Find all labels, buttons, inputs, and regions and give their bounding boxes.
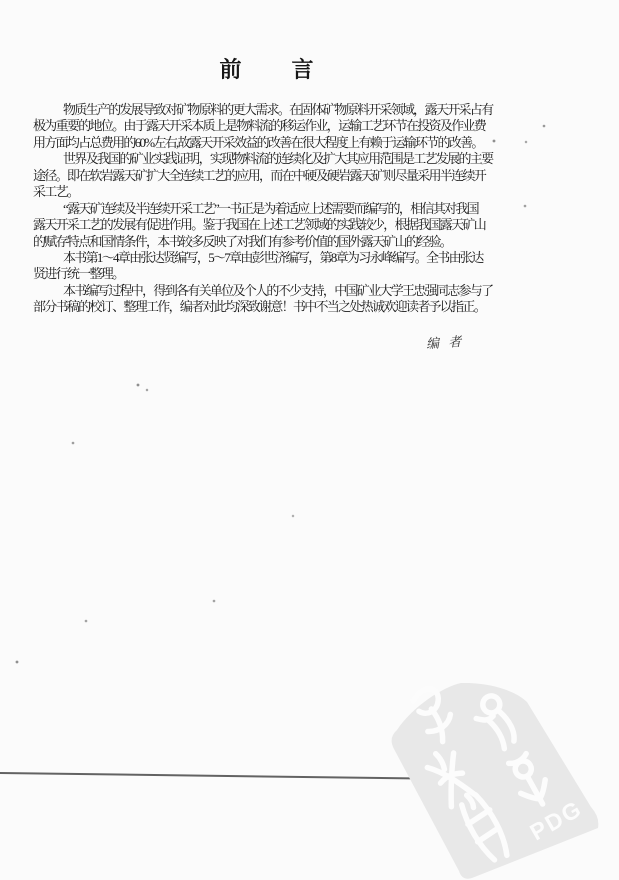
text-line: 物质生产的发展导致对矿物原料的更大需求。在固体矿物原料开采领域，露天开采占有	[33, 102, 489, 118]
author-signature: 编 者	[425, 331, 464, 353]
text-line: 露天开采工艺的发展有促进作用。鉴于我国在上述工艺领域的实践较少，根据我国露天矿山	[33, 217, 489, 233]
text-line: 的赋存特点和国情条件，本书较多反映了对我们有参考价值的国外露天矿山的经验。	[33, 234, 489, 250]
paragraph: 本书编写过程中，得到各有关单位及个人的不少支持，中国矿业大学王忠强同志参与了部分…	[33, 283, 489, 316]
text-line: 极为重要的地位。由于露天开采本质上是物料流的移运作业，运输工艺环节在投资及作业费	[33, 118, 489, 134]
scan-noise-specks	[0, 0, 2, 2]
text-line: 贤进行统一整理。	[33, 266, 489, 282]
preface-body: 物质生产的发展导致对矿物原料的更大需求。在固体矿物原料开采领域，露天开采占有极为…	[33, 102, 489, 316]
paragraph: 世界及我国的矿业实践证明，实现物料流的连续化及扩大其应用范围是工艺发展的主要途径…	[33, 151, 489, 200]
text-line: 世界及我国的矿业实践证明，实现物料流的连续化及扩大其应用范围是工艺发展的主要	[33, 151, 489, 167]
page-title: 前 言	[33, 53, 486, 84]
paragraph: 本书第1～4章由张达贤编写，5～7章由彭世济编写，第8章为习永峰编写。全书由张达…	[33, 250, 489, 283]
paragraph: “露天矿连续及半连续开采工艺”一书正是为着适应上述需要而编写的，相信其对我国露天…	[33, 201, 489, 250]
text-line: 本书编写过程中，得到各有关单位及个人的不少支持，中国矿业大学王忠强同志参与了	[33, 283, 489, 299]
text-line: “露天矿连续及半连续开采工艺”一书正是为着适应上述需要而编写的，相信其对我国	[33, 201, 489, 217]
scanned-page: 前 言 物质生产的发展导致对矿物原料的更大需求。在固体矿物原料开采领域，露天开采…	[0, 0, 619, 880]
text-line: 本书第1～4章由张达贤编写，5～7章由彭世济编写，第8章为习永峰编写。全书由张达	[33, 250, 489, 266]
text-line: 部分书稿的校订、整理工作，编者对此均深致谢意！书中不当之处热诚欢迎读者予以指正。	[33, 299, 489, 315]
text-line: 采工艺。	[33, 184, 489, 200]
paragraph: 物质生产的发展导致对矿物原料的更大需求。在固体矿物原料开采领域，露天开采占有极为…	[33, 102, 489, 151]
text-line: 用方面均占总费用的60%左右,故露天开采效益的改善在很大程度上有赖于运输环节的改…	[33, 135, 489, 151]
pdg-stamp-watermark: PDG	[379, 640, 619, 880]
text-line: 途径。即在软岩露天矿扩大全连续工艺的应用，而在中硬及硬岩露天矿则尽量采用半连续开	[33, 168, 489, 184]
